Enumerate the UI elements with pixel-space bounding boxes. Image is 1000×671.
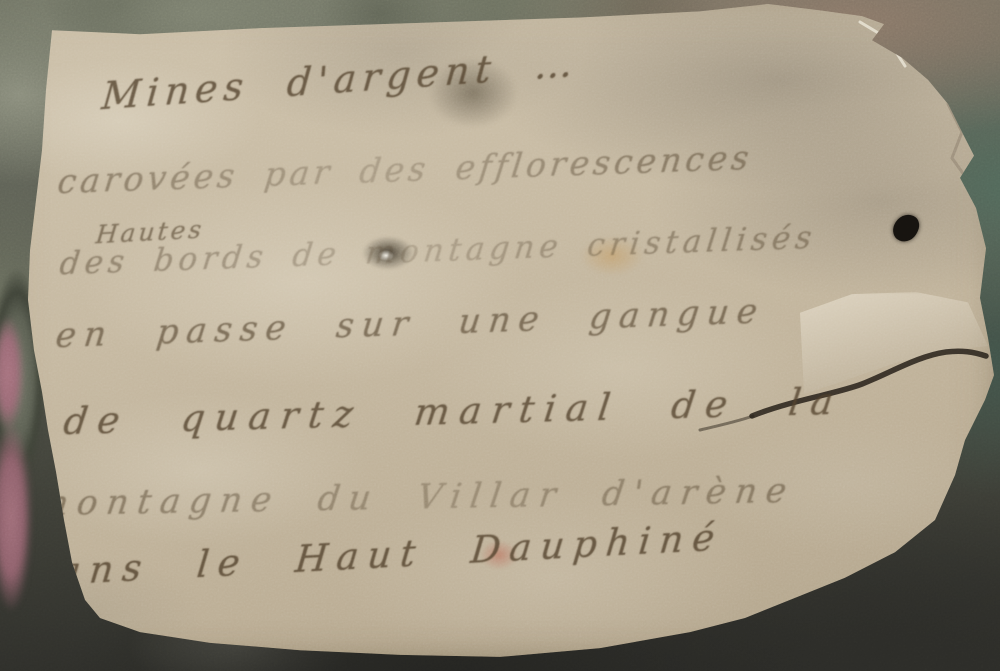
paper-label: Mines d'argent … carovées par des efflor… <box>0 0 1000 671</box>
white-fleck <box>378 250 394 261</box>
handwritten-line-8: dans le Haut Dauphiné <box>24 515 726 595</box>
paper-hole <box>889 210 922 245</box>
ink-blotch <box>362 236 414 270</box>
handwritten-line-7: montagne du Villar d'arène <box>33 471 798 524</box>
handwritten-line-5: en passe sur une gangue <box>54 291 768 356</box>
tan-stain <box>580 236 644 276</box>
handwritten-line-3-insertion: Hautes <box>94 214 205 249</box>
handwritten-line-6: de quartz martial de la <box>61 380 846 444</box>
handwritten-line-2: carovées par des efflorescences <box>56 138 755 201</box>
handwritten-line-4: des bords de montagne cristallisés <box>58 220 819 283</box>
torn-flap <box>792 292 992 396</box>
handwritten-line-1: Mines d'argent … <box>100 40 581 118</box>
photo-specimen-label: Mines d'argent … carovées par des efflor… <box>0 0 1000 671</box>
rust-stain <box>480 540 518 570</box>
ink-smudge <box>428 58 518 128</box>
